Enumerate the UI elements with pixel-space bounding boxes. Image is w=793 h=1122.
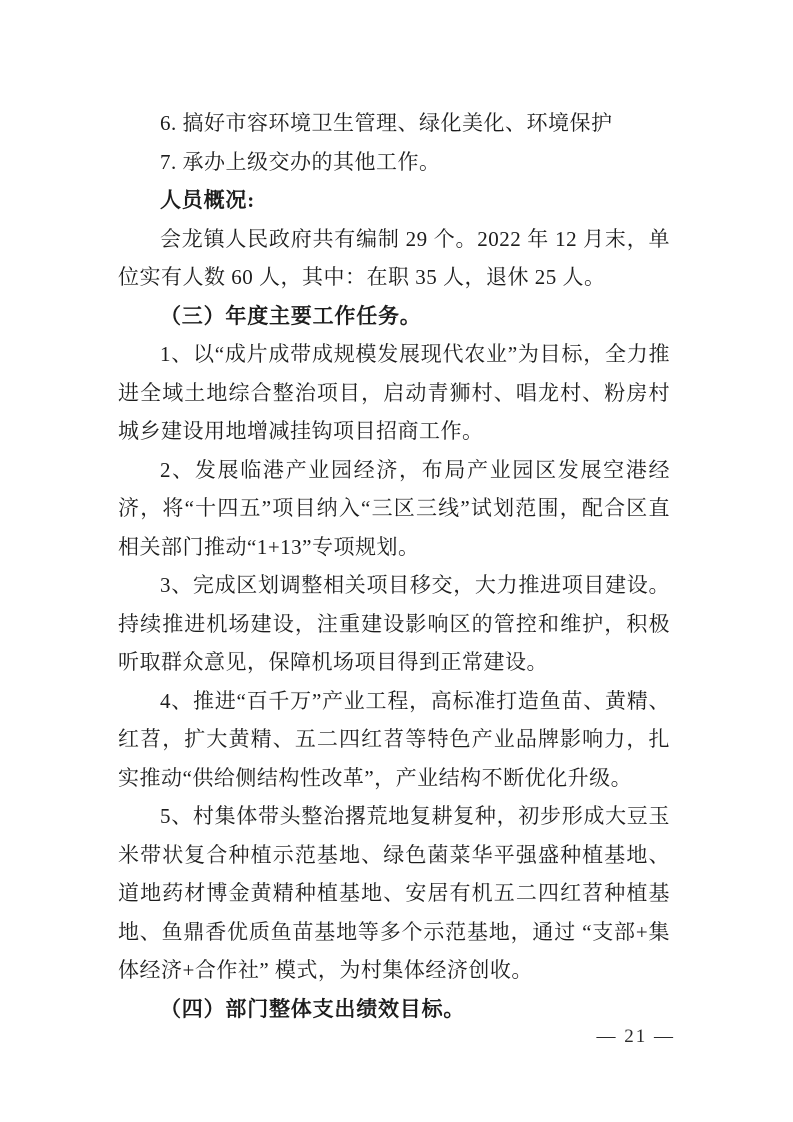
- paragraph-task-1: 1、以“成片成带成规模发展现代农业”为目标，全力推进全域土地综合整治项目，启动青…: [118, 335, 670, 451]
- paragraph-task-2: 2、发展临港产业园经济，布局产业园区发展空港经济，将“十四五”项目纳入“三区三线…: [118, 451, 670, 567]
- list-item-6: 6. 搞好市容环境卫生管理、绿化美化、环境保护: [118, 104, 670, 143]
- paragraph-staffing: 会龙镇人民政府共有编制 29 个。2022 年 12 月末，单位实有人数 60 …: [118, 220, 670, 297]
- heading-section-3: （三）年度主要工作任务。: [118, 297, 670, 336]
- paragraph-task-4: 4、推进“百千万”产业工程，高标准打造鱼苗、黄精、红苕，扩大黄精、五二四红苕等特…: [118, 682, 670, 798]
- page-number: — 21 —: [597, 1026, 676, 1048]
- document-content: 6. 搞好市容环境卫生管理、绿化美化、环境保护 7. 承办上级交办的其他工作。 …: [118, 104, 670, 1028]
- heading-section-4: （四）部门整体支出绩效目标。: [118, 990, 670, 1029]
- list-item-7: 7. 承办上级交办的其他工作。: [118, 143, 670, 182]
- heading-personnel-overview: 人员概况:: [118, 181, 670, 220]
- paragraph-task-3: 3、完成区划调整相关项目移交，大力推进项目建设。持续推进机场建设，注重建设影响区…: [118, 566, 670, 682]
- paragraph-task-5: 5、村集体带头整治撂荒地复耕复种，初步形成大豆玉米带状复合种植示范基地、绿色菌菜…: [118, 797, 670, 990]
- document-page: 6. 搞好市容环境卫生管理、绿化美化、环境保护 7. 承办上级交办的其他工作。 …: [0, 0, 793, 1122]
